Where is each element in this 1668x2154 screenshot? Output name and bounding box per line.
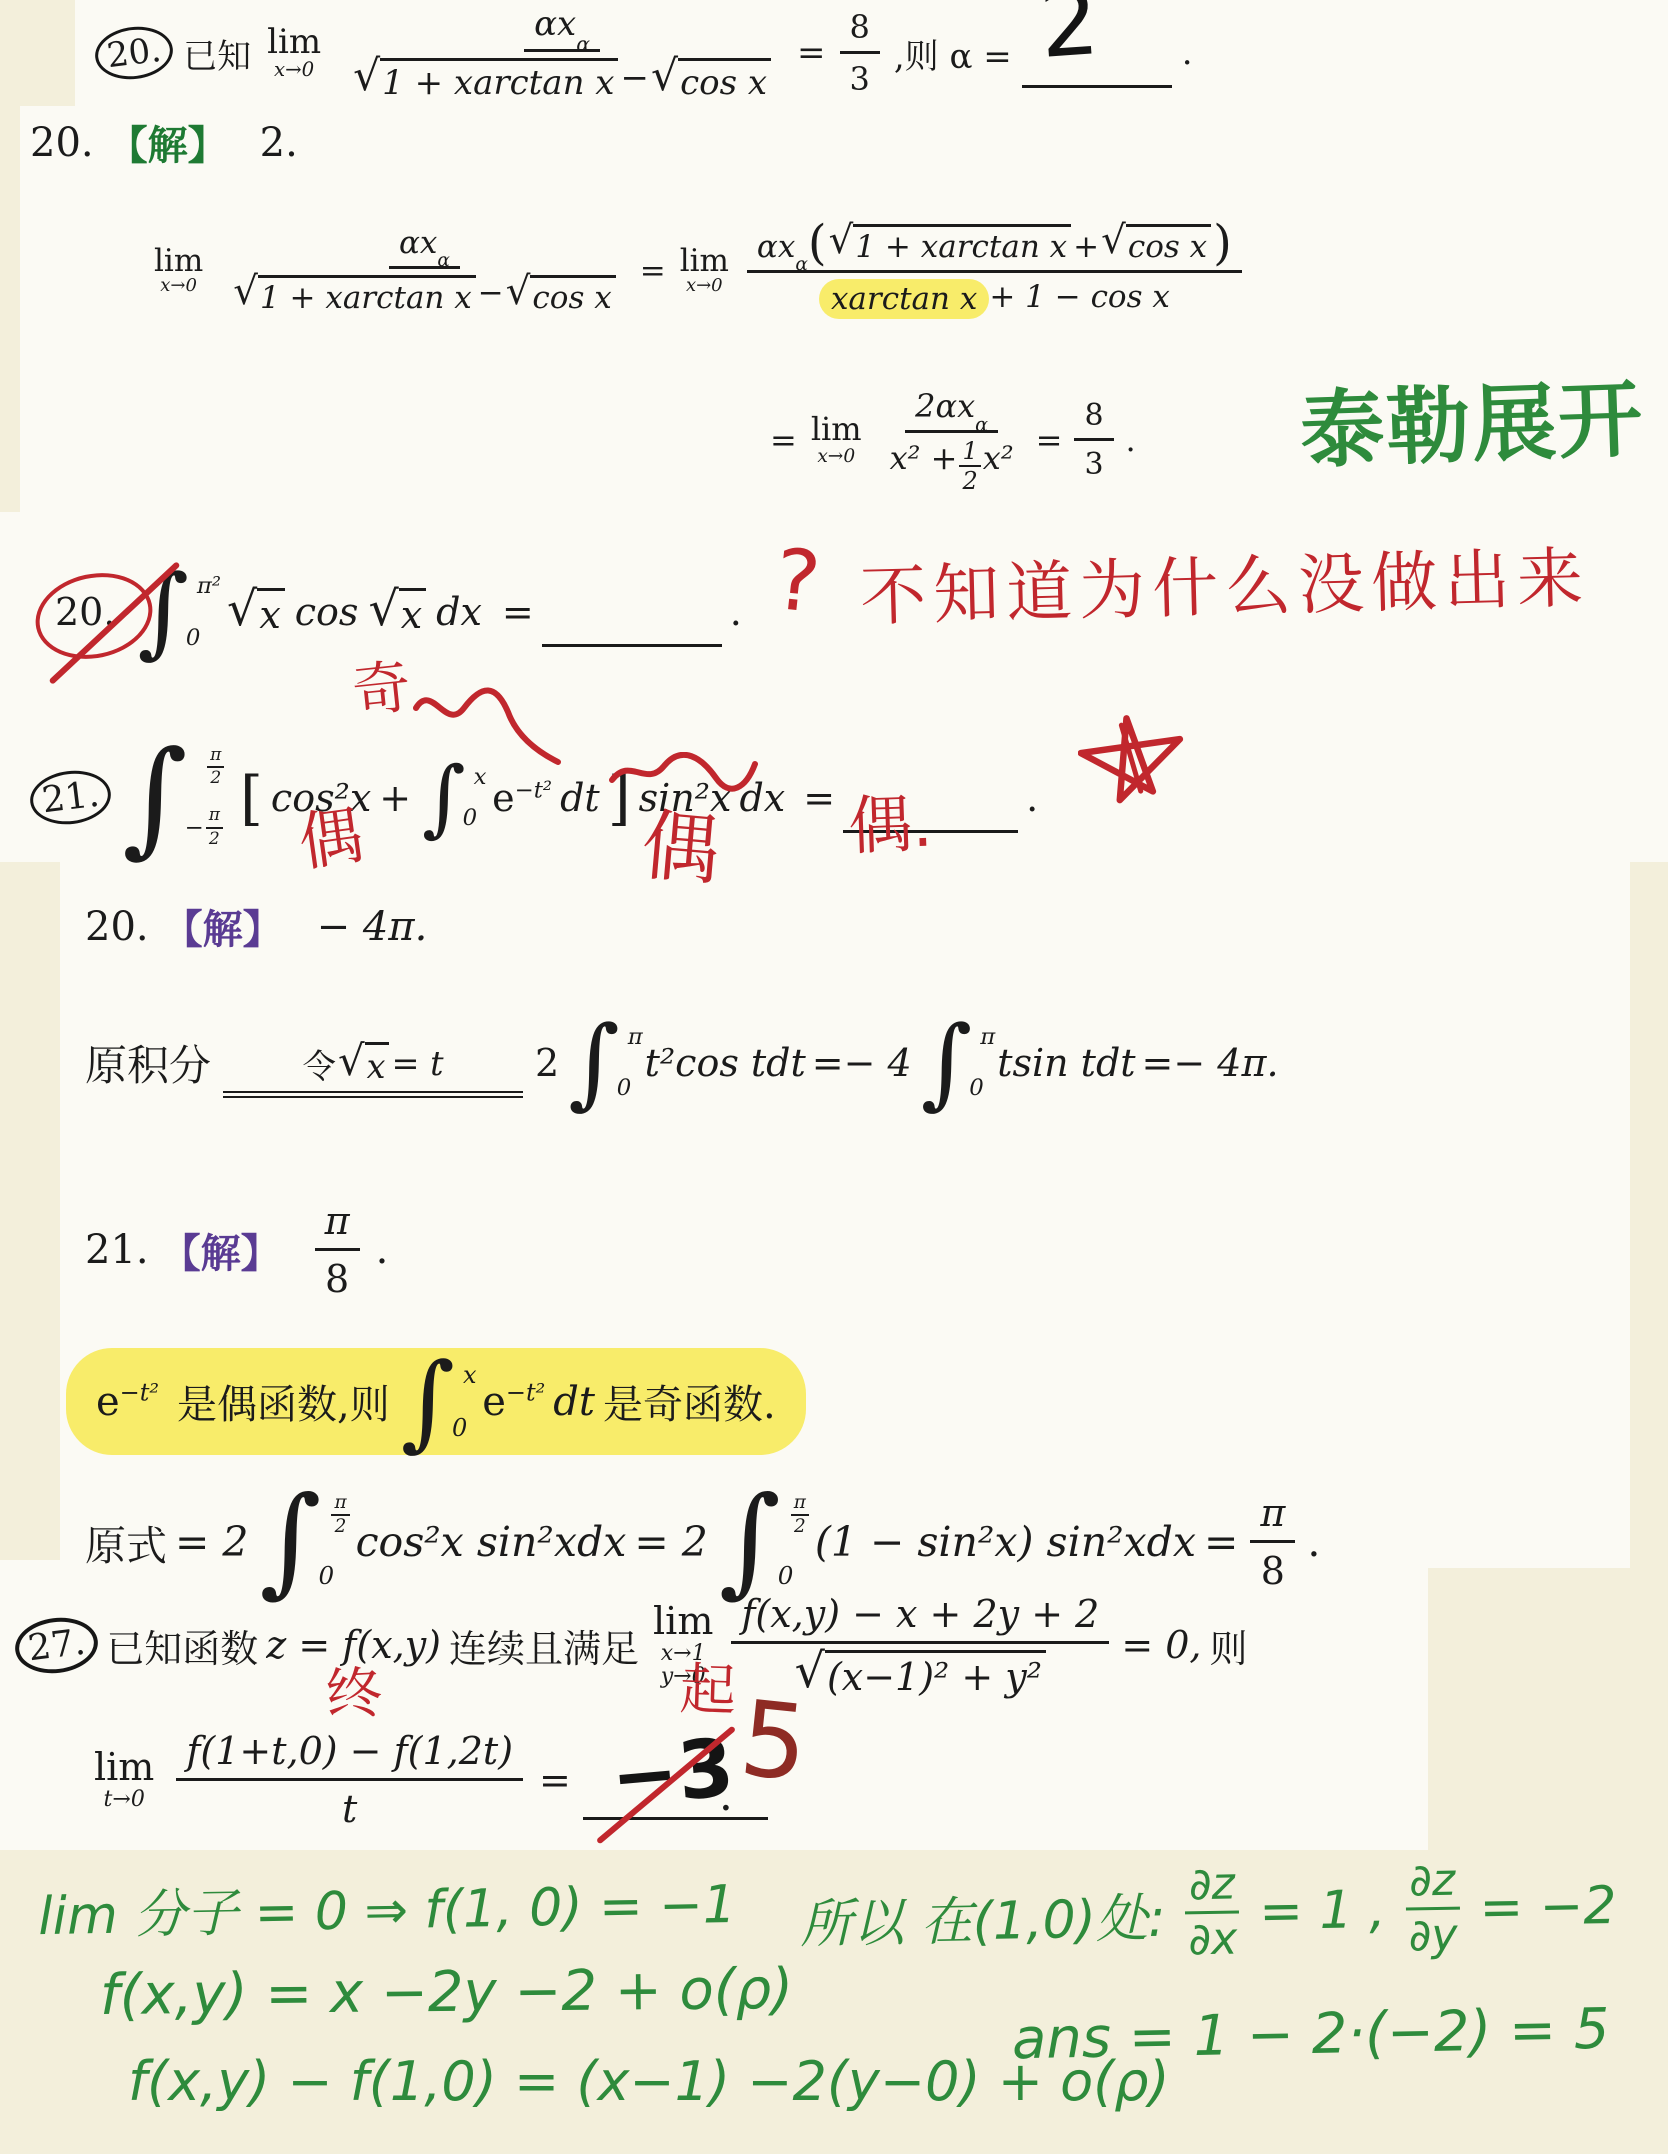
rhs-fraction: 8 3	[840, 8, 880, 98]
fraction-lhs: αxα √1 + xarctan x − √cos x	[221, 225, 627, 316]
lower-bound: 0	[463, 805, 478, 831]
integrand-1: cos²x sin²xdx	[356, 1518, 627, 1566]
rhs-denominator: 3	[840, 54, 880, 98]
integrand-2: tsin tdt	[997, 1041, 1135, 1085]
problem-number-circle: 21.	[27, 766, 114, 829]
integral-2: ∫ π0	[921, 1023, 988, 1102]
answer-blank	[542, 601, 722, 647]
sqrt-term-2: √cos x	[1101, 224, 1211, 265]
lower-bound: 0	[969, 1075, 984, 1101]
problem-number: 21.	[40, 774, 102, 822]
radicand: x	[365, 1042, 390, 1086]
rhs-denominator: 3	[1074, 441, 1113, 482]
period: .	[730, 590, 742, 634]
solution-20b-header: 20. 【解】 − 4π.	[85, 898, 427, 955]
outer-integral: ∫ π2 −π2	[122, 747, 229, 847]
upper-bound: π²	[197, 573, 221, 599]
problem-27-line2: limt→0 f(1+t,0) − f(1,2t) t = −3 . 5	[88, 1712, 768, 1847]
upper-bound: π2	[791, 1494, 809, 1537]
answer-blank: 2	[1022, 42, 1172, 88]
equals-minus-two: = −2	[1479, 1876, 1617, 1938]
rhs-fraction: 8 3	[1074, 398, 1113, 482]
is-odd: 是奇函数.	[603, 1373, 776, 1430]
half-fraction: 12	[959, 439, 980, 493]
integral-sign: ∫	[401, 1360, 455, 1443]
green-note-line1: lim 分子 = 0 ⇒ f(1, 0) = −1	[37, 1862, 736, 1949]
equals-sign: =	[502, 590, 534, 634]
minus-sign: −	[478, 275, 504, 311]
lim-subscript: t→0	[104, 1788, 145, 1811]
bound-den: 2	[335, 1516, 347, 1536]
e-base: e	[492, 776, 515, 820]
lim-word: lim	[680, 245, 729, 278]
red-handwritten-note: 不知道为什么没做出来	[859, 524, 1591, 638]
equals-sign: =	[539, 1758, 571, 1802]
then-word: 则	[1210, 1618, 1248, 1673]
sqrt-term-1: √1 + xarctan x	[353, 58, 618, 103]
highlighted-term: xarctan x	[819, 279, 989, 319]
upper-bound: π2	[331, 1494, 349, 1537]
plus-sign: +	[379, 776, 411, 820]
numerator: f(1+t,0) − f(1,2t)	[176, 1729, 523, 1781]
bound-frac: π2	[206, 807, 223, 847]
answer-blank: −3 . 5	[583, 1768, 768, 1820]
sqrt-term: √(x−1)² + y²	[795, 1650, 1046, 1699]
scanned-math-worksheet: { "colors": { "page_bg": "#f3efdb", "pap…	[0, 0, 1668, 2154]
equals-sign: =	[1204, 1518, 1238, 1566]
result-den: 8	[315, 1251, 359, 1301]
lim-subscript: x→0	[686, 277, 723, 296]
equals-sign: =	[640, 253, 666, 289]
sqrt-term-2: √cos x	[651, 58, 771, 103]
period: .	[1182, 33, 1193, 73]
solution-number: 20.	[85, 904, 149, 950]
final-result: =− 4π.	[1142, 1041, 1279, 1085]
is-even-then: 是偶函数,则	[177, 1373, 390, 1430]
lim-word: lim	[94, 1748, 154, 1788]
equals-sign: =	[797, 33, 826, 73]
result-fraction: π 8	[315, 1199, 360, 1301]
lim-subscript: x→0	[817, 447, 855, 466]
close-paren: )	[1213, 222, 1232, 265]
solution-result: 2.	[260, 120, 298, 166]
sqrt-term-1: √1 + xarctan x	[829, 224, 1072, 265]
radicand-2: cos x	[530, 275, 615, 316]
bound-den: 2	[210, 768, 221, 787]
handwritten-answer-2: 2	[1036, 0, 1102, 79]
solution-result: − 4π.	[317, 904, 428, 950]
equals-sign: =	[770, 421, 797, 459]
equals-2: = 2	[175, 1518, 248, 1566]
integral-sign: ∫	[921, 1023, 972, 1102]
limit-operator: limx→0	[811, 413, 862, 466]
inner-integral: ∫ x0	[422, 764, 481, 831]
e-term: e−t²	[492, 776, 552, 820]
period: .	[1126, 421, 1136, 459]
dx: dx	[436, 590, 482, 634]
solution-number: 20.	[30, 120, 94, 166]
e-term: e−t²	[482, 1379, 545, 1425]
bound-num: π	[791, 1494, 809, 1516]
partial-dz-dy: ∂z∂y	[1405, 1858, 1461, 1961]
problem-number-circle: 20.	[92, 22, 176, 83]
result-num: π	[1250, 1491, 1295, 1543]
solution-20-line1: limx→0 αxα √1 + xarctan x − √cos x = lim…	[148, 168, 1246, 373]
intro-text-1: 已知函数	[106, 1618, 258, 1673]
open-bracket: [	[240, 771, 263, 824]
numerator: αx	[399, 225, 437, 261]
radicand-2: cos x	[678, 58, 771, 103]
period: .	[1307, 1518, 1320, 1566]
integrand-1: t²cos tdt	[645, 1041, 806, 1085]
limit-operator: limx→0	[154, 245, 203, 296]
lower-bound: 0	[186, 625, 210, 651]
lower-bound: −π2	[185, 807, 225, 847]
original-integral-label: 原积分	[85, 1033, 211, 1093]
intro-text-2: 连续且满足	[449, 1618, 639, 1673]
dt: dt	[560, 776, 600, 820]
e-exponent: −t²	[506, 1378, 545, 1406]
red-note-even-3: 偶.	[846, 773, 934, 868]
lim-word: lim	[653, 1602, 713, 1642]
integral-1: ∫ π0	[568, 1023, 635, 1102]
partial-den: ∂y	[1408, 1910, 1458, 1960]
red-crossed-number: 20.	[55, 590, 115, 634]
partial-num: ∂z	[1405, 1858, 1460, 1911]
lim-word: lim	[154, 245, 203, 278]
cos: cos	[295, 590, 359, 634]
plus-sign: +	[1073, 229, 1099, 265]
e-exponent: −t²	[515, 777, 552, 803]
limit-operator: limt→0	[94, 1748, 154, 1811]
red-wavy-arrow	[412, 680, 562, 770]
green-note-answer: ans = 1 − 2·(−2) = 5	[1011, 1997, 1610, 2072]
taylor-expansion-note: 泰勒展开	[1298, 352, 1646, 485]
lim-word: lim	[811, 413, 862, 447]
red-star-icon	[1078, 712, 1188, 832]
partial-num: ∂z	[1184, 1861, 1239, 1914]
equals-t: = t	[391, 1044, 443, 1083]
minus-sign: −	[620, 58, 649, 98]
target-fraction: f(1+t,0) − f(1,2t) t	[176, 1729, 523, 1831]
fraction: 2αxα x² + 12 x²	[880, 387, 1024, 493]
numerator: αx	[534, 4, 576, 44]
radicand-2: cos x	[1126, 224, 1211, 265]
solution-label-green: 【解】	[108, 114, 228, 171]
upper-bound: π	[980, 1024, 995, 1050]
green-note-line2: f(x,y) = x −2y −2 + o(ρ)	[100, 1957, 794, 2028]
problem-number: 27.	[26, 1621, 88, 1669]
period: .	[1026, 776, 1038, 820]
substitution-over-equals: 令 √x = t	[223, 1040, 523, 1098]
sqrt-term-2: √cos x	[506, 275, 616, 316]
solution-number: 21.	[85, 1227, 149, 1273]
equals-one: = 1 ,	[1259, 1880, 1386, 1942]
sqrt-term-1: √1 + xarctan x	[233, 275, 476, 316]
solution-20-line2: = limx→0 2αxα x² + 12 x² = 8 3 .	[770, 372, 1136, 507]
numerator: 2αx	[915, 387, 975, 425]
radicand-1: 1 + xarctan x	[258, 275, 476, 316]
radicand: x	[257, 588, 284, 637]
so-at-point: 所以 在(1,0)处:	[799, 1876, 1166, 1957]
e-base: e	[96, 1379, 120, 1425]
integral: ∫ x0	[401, 1360, 471, 1443]
limit-operator: limx→0	[267, 25, 321, 81]
bound-num: π	[207, 747, 224, 768]
double-equals-rule	[223, 1091, 523, 1098]
bound-den: 2	[794, 1516, 806, 1536]
integral-sign: ∫	[422, 764, 466, 831]
solution-21-header: 21. 【解】 π 8 .	[85, 1170, 388, 1330]
coefficient-2: 2	[535, 1041, 559, 1085]
equals-2b: = 2	[634, 1518, 707, 1566]
e-term: e−t²	[96, 1379, 159, 1425]
problem-27-line1: 27. 已知函数 z = f(x,y) 连续且满足 lim x→1 y→0 f(…	[15, 1570, 1248, 1720]
solution-20b-line: 原积分 令 √x = t 2 ∫ π0 t²cos tdt =− 4 ∫ π0 …	[85, 965, 1279, 1160]
upper-bound: π	[628, 1024, 643, 1050]
fraction-rhs: αxα ( √1 + xarctan x + √cos x ) xarctan …	[747, 222, 1242, 319]
let-word: 令	[303, 1040, 336, 1088]
half-num: 1	[959, 439, 980, 467]
lower-bound: 0	[617, 1075, 632, 1101]
equals-sign: =	[1036, 421, 1063, 459]
rhs-numerator: 8	[1074, 398, 1113, 441]
half-den: 2	[962, 467, 977, 493]
period: .	[376, 1227, 389, 1273]
original-expression-label: 原式	[85, 1513, 167, 1572]
equals-sign: =	[803, 776, 835, 820]
main-fraction: αxα √1 + xarctan x − √cos x	[341, 4, 783, 103]
red-note-even-1: 偶	[292, 784, 368, 884]
radicand: x	[399, 588, 426, 637]
highlighted-explanation: e−t² 是偶函数,则 ∫ x0 e−t² dt 是奇函数.	[66, 1348, 806, 1455]
partial-dz-dx: ∂z∂x	[1184, 1861, 1240, 1964]
bound-num: π	[331, 1494, 349, 1516]
bound-num: π	[206, 807, 223, 828]
integrand-2: (1 − sin²x) sin²xdx	[815, 1518, 1196, 1566]
integral-sign: ∫	[568, 1023, 619, 1102]
equals-zero: = 0,	[1121, 1623, 1201, 1667]
period: .	[719, 1770, 733, 1821]
sqrt-x: √x	[368, 588, 426, 637]
radicand-1: 1 + xarctan x	[853, 224, 1071, 265]
green-note-line4: 所以 在(1,0)处: ∂z∂x = 1 , ∂z∂y = −2	[799, 1855, 1617, 1971]
denominator: t	[332, 1781, 367, 1831]
problem-number-circle: 27.	[12, 1613, 101, 1678]
partial-den: ∂x	[1188, 1914, 1238, 1964]
then-alpha-equals: ,则 α =	[894, 29, 1012, 78]
bound-den: 2	[209, 829, 220, 848]
dt: dt	[553, 1379, 595, 1425]
denominator-left: x² +	[890, 439, 958, 477]
problem-number: 20.	[105, 30, 164, 76]
result-fraction: π 8	[1250, 1491, 1295, 1593]
solution-20-header: 20. 【解】 2.	[30, 114, 298, 171]
denominator-right: x²	[983, 439, 1014, 477]
lim-subscript: x→0	[160, 277, 197, 296]
solution-label-purple: 【解】	[163, 898, 283, 955]
sqrt-x: √x	[338, 1042, 390, 1086]
result-num: π	[315, 1199, 360, 1251]
denominator-rest: + 1 − cos x	[989, 279, 1170, 315]
e-exponent: −t²	[120, 1378, 159, 1406]
rhs-numerator: 8	[840, 8, 880, 54]
lower-bound: 0	[452, 1414, 467, 1442]
problem-20-limit: 20. 已知 limx→0 αxα √1 + xarctan x − √cos …	[95, 0, 1193, 106]
limit-operator: limx→0	[680, 245, 729, 296]
solution-label-purple: 【解】	[161, 1222, 281, 1279]
numerator: f(x,y) − x + 2y + 2	[731, 1592, 1109, 1644]
radicand-1: 1 + xarctan x	[380, 58, 618, 103]
numerator-base: αx	[757, 229, 795, 265]
equals-minus-4: =− 4	[812, 1041, 912, 1085]
upper-bound: x	[463, 1361, 478, 1389]
red-note-even-2: 偶	[637, 783, 724, 901]
lim-word: lim	[267, 25, 321, 61]
integral-sign: ∫	[122, 747, 187, 847]
e-base: e	[482, 1379, 506, 1425]
open-paren: (	[808, 222, 827, 265]
handwritten-corrected-answer: 5	[735, 1676, 814, 1804]
problem-text-given: 已知	[183, 29, 251, 78]
sqrt-x: √x	[227, 588, 285, 637]
lim-subscript: x→0	[274, 60, 314, 81]
radicand: (x−1)² + y²	[825, 1650, 1046, 1699]
upper-bound: π2	[198, 747, 234, 787]
minus: −	[185, 815, 204, 841]
result-den: 8	[1251, 1543, 1295, 1593]
red-note-odd: 奇	[348, 639, 414, 729]
